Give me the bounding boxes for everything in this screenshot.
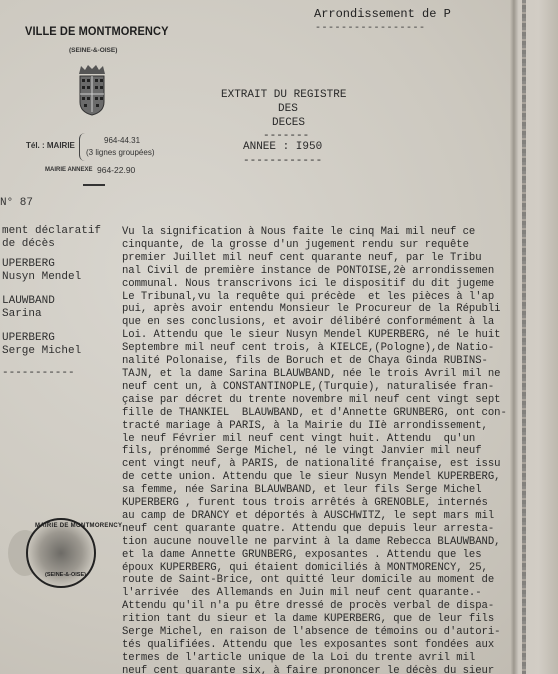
margin-entry-given: Nusyn Mendel xyxy=(2,271,81,284)
body-line: Attendu qu'il n'a pu être dressé de proc… xyxy=(122,600,522,613)
margin-end-dashes: ----------- xyxy=(2,367,75,380)
body-line: cinquante, de la grosse d'un jugement re… xyxy=(122,239,522,252)
register-year: ANNEE : I950 xyxy=(243,141,322,153)
body-line: le neuf Février mil neuf cent vingt huit… xyxy=(122,433,522,446)
coat-of-arms-icon xyxy=(76,64,108,116)
phone-lines-note: (3 lignes groupées) xyxy=(86,148,154,157)
margin-entry-given: Serge Michel xyxy=(2,345,81,358)
margin-entry-given: Sarina xyxy=(2,308,42,321)
letterhead-divider xyxy=(83,184,105,186)
margin-entry-surname: LAUWBAND xyxy=(2,295,55,308)
town-name: VILLE DE MONTMORENCY xyxy=(25,24,169,38)
annex-phone-number: 964-22.90 xyxy=(97,165,135,175)
body-line: termes de l'article unique de la Loi du … xyxy=(122,652,522,665)
register-title-deces: DECES xyxy=(272,117,305,129)
register-body-text: Vu la signification à Nous faite le cinq… xyxy=(122,226,522,674)
body-line: sa femme, née Sarina BLAUWBAND, et leur … xyxy=(122,484,522,497)
department-name: (SEINE-&-OISE) xyxy=(69,47,117,54)
arrondissement-label: Arrondissement de P xyxy=(314,7,451,21)
body-line: çaise par décret du trente novembre mil … xyxy=(122,394,522,407)
body-line: fils, prénommé Serge Michel, né le vingt… xyxy=(122,445,522,458)
margin-entry-surname: UPERBERG xyxy=(2,258,55,271)
body-line: neuf cent un, à CONSTANTINOPLE,(Turquie)… xyxy=(122,381,522,394)
body-line: TAJN, et la dame Sarina BLAUWBAND, née l… xyxy=(122,368,522,381)
stamp-top-text: MAIRIE DE MONTMORENCY xyxy=(35,523,122,529)
body-line: que en ses conclusions, et avoir délibér… xyxy=(122,316,522,329)
annex-label: MAIRIE ANNEXE xyxy=(45,167,92,173)
body-line: neuf cent quarante six, à faire prononce… xyxy=(122,665,522,674)
body-line: de cette union. Attendu que le sieur Nus… xyxy=(122,471,522,484)
title-separator-bottom: ------------ xyxy=(243,155,322,167)
body-line: neuf cent quarante quatre. Attendu que d… xyxy=(122,523,522,536)
body-line: fille de THANKIEL BLAUWBAND, et d'Annett… xyxy=(122,407,522,420)
body-line: cent vingt neuf, à PARIS, de nationalité… xyxy=(122,458,522,471)
body-line: rition tant du sieur et la dame KUPERBER… xyxy=(122,613,522,626)
phone-number: 964-44.31 xyxy=(104,136,140,145)
body-line: Serge Michel, en raison de l'absence de … xyxy=(122,626,522,639)
scanned-document-page: VILLE DE MONTMORENCY (SEINE-&-OISE) Tél.… xyxy=(0,0,558,674)
margin-entry-surname: UPERBERG xyxy=(2,332,55,345)
body-line: communal. Nous transcrivons ici le dispo… xyxy=(122,278,522,291)
margin-heading: ment déclaratif de décès xyxy=(2,225,101,251)
body-line: pui, après avoir entendu Monsieur le Pro… xyxy=(122,303,522,316)
body-line: au camp de DRANCY et déportés à AUSCHWIT… xyxy=(122,510,522,523)
body-line: route de Saint-Brice, ont quitté leur do… xyxy=(122,574,522,587)
body-line: tés qualifiées. Attendu que les exposant… xyxy=(122,639,522,652)
body-line: nalité Polonaise, fils de Boruch et de C… xyxy=(122,355,522,368)
register-title: EXTRAIT DU REGISTRE xyxy=(221,89,346,101)
body-line: KUPERBERG , furent tous trois arrêtés à … xyxy=(122,497,522,510)
body-line: époux KUPERBERG, qui étaient domiciliés … xyxy=(122,562,522,575)
body-line: et la dame Annette GRUNBERG, exposantes … xyxy=(122,549,522,562)
stamp-bottom-text: (SEINE-&-OISE) xyxy=(45,572,86,578)
body-line: Septembre mil neuf cent trois, à KIELCE,… xyxy=(122,342,522,355)
brace-glyph xyxy=(79,133,86,161)
body-line: tracté mariage à PARIS, à la Mairie du I… xyxy=(122,420,522,433)
arrondissement-dashes: ----------------- xyxy=(315,23,426,34)
page-fold-line xyxy=(522,0,526,674)
body-line: Le Tribunal,vu la requête qui précède et… xyxy=(122,291,522,304)
body-line: premier Juillet mil neuf cent quarante n… xyxy=(122,252,522,265)
body-line: nal Civil de première instance de PONTOI… xyxy=(122,265,522,278)
body-line: tion aucune nouvelle ne parvint à la dam… xyxy=(122,536,522,549)
body-line: Loi. Attendu que le sieur Nusyn Mendel K… xyxy=(122,329,522,342)
body-line: Vu la signification à Nous faite le cinq… xyxy=(122,226,522,239)
body-line: l'arrivée des Allemands en Juin mil neuf… xyxy=(122,587,522,600)
phone-label: Tél. : MAIRIE xyxy=(26,141,75,150)
register-title-des: DES xyxy=(278,103,298,115)
record-number: N° 87 xyxy=(0,197,33,209)
